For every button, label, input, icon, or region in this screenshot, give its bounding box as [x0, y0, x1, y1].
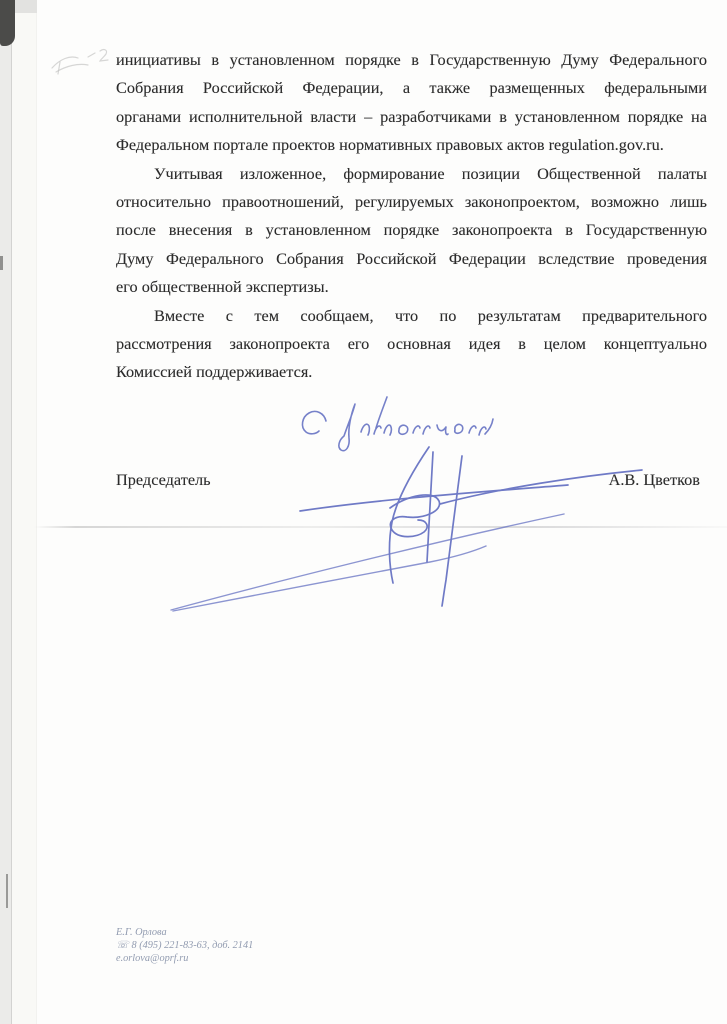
executor-phone-line: ☏ 8 (495) 221-83-63, доб. 2141	[116, 939, 253, 952]
scan-artifact-mark	[6, 874, 8, 908]
body-line: Собрания Российской Федерации, а также р…	[116, 74, 707, 102]
scanner-corner-shadow	[0, 0, 15, 46]
page-edge-margin	[12, 0, 37, 1024]
signer-title: Председатель	[116, 470, 211, 490]
signature-tails	[171, 514, 564, 611]
phone-icon: ☏	[116, 940, 129, 951]
executor-name: Е.Г. Орлова	[116, 926, 253, 939]
body-line: рассмотрения законопроекта его основная …	[116, 330, 707, 358]
scan-artifact-mark	[0, 256, 3, 270]
body-line: Вместе с тем сообщаем, что по результата…	[116, 302, 707, 330]
signature-row: Председатель А.В. Цветков	[116, 470, 700, 490]
body-line: Комиссией поддерживается.	[116, 358, 707, 386]
body-line: относительно правоотношений, регулируемы…	[116, 188, 707, 216]
paper-fold-line	[34, 526, 727, 528]
executor-footer: Е.Г. Орлова ☏ 8 (495) 221-83-63, доб. 21…	[116, 926, 253, 966]
letter-body: инициативы в установленном порядке в Гос…	[116, 46, 707, 387]
body-line: его общественной экспертизы.	[116, 273, 707, 301]
body-line: Думу Федерального Собрания Российской Фе…	[116, 245, 707, 273]
executor-phone: 8 (495) 221-83-63, доб. 2141	[131, 940, 253, 951]
body-line: органами исполнительной власти – разрабо…	[116, 103, 707, 131]
executor-email: e.orlova@oprf.ru	[116, 952, 253, 965]
signer-name: А.В. Цветков	[609, 470, 700, 490]
body-line: Федеральном портале проектов нормативных…	[116, 131, 707, 159]
body-line: после внесения в установленном порядке з…	[116, 216, 707, 244]
body-line: Учитывая изложенное, формирование позици…	[116, 160, 707, 188]
signature-ink	[140, 380, 680, 620]
scanned-letter-page: инициативы в установленном порядке в Гос…	[0, 0, 727, 1024]
body-line: инициативы в установленном порядке в Гос…	[116, 46, 707, 74]
pencil-mark	[48, 44, 114, 82]
handwritten-note	[302, 397, 493, 451]
scanner-edge-strip	[0, 0, 12, 1024]
